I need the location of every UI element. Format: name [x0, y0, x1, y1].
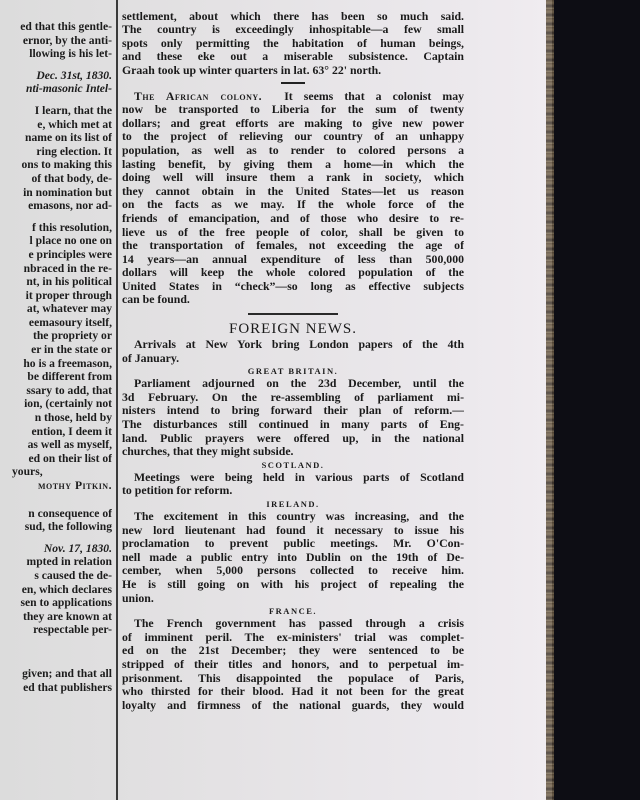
text-line: The country is exceedingly inhospitable—…	[122, 23, 464, 37]
text-line: United States in “check”—so long as effe…	[122, 280, 464, 294]
text-line: it proper through	[0, 289, 112, 303]
text-fragment: It seems that a colonist may	[284, 90, 464, 103]
newspaper-page: ed that this gentle- ernor, by the anti-…	[0, 0, 552, 800]
text-line: doing well will insure them a rank in so…	[122, 171, 464, 185]
text-line: yours,	[0, 465, 112, 479]
text-line: ion, (certainly not	[0, 397, 112, 411]
article-foreign-news: FOREIGN NEWS. Arrivals at New York bring…	[122, 321, 464, 712]
text-line: of January.	[122, 352, 464, 366]
text-line: The excitement in this country was incre…	[122, 510, 464, 524]
text-line: n those, held by	[0, 411, 112, 425]
spacer	[0, 534, 112, 542]
left-column: ed that this gentle- ernor, by the anti-…	[0, 20, 112, 694]
text-line: mpted in relation	[0, 555, 112, 569]
text-line: ed that this gentle-	[0, 20, 112, 34]
text-line: dollars will keep the whole colored popu…	[122, 266, 464, 280]
text-line: nbraced in the re-	[0, 262, 112, 276]
text-line: friends of emancipation, and of those wh…	[122, 212, 464, 226]
text-line: I learn, that the	[0, 104, 112, 118]
spacer	[0, 61, 112, 69]
text-line: to the project of relieving our country …	[122, 130, 464, 144]
dateline: Dec. 31st, 1830.	[0, 69, 112, 83]
text-line: emasons, nor ad-	[0, 199, 112, 213]
text-line: of that body, de-	[0, 172, 112, 186]
text-line: respectable per-	[0, 623, 112, 637]
subsection-heading-scotland: SCOTLAND.	[122, 459, 464, 471]
text-line: of imminent peril. The ex-ministers' tri…	[122, 631, 464, 645]
text-line: loyalty and firmness of the national gua…	[122, 699, 464, 713]
text-line: ons to making this	[0, 158, 112, 172]
text-line: ssary to add, that	[0, 384, 112, 398]
text-line: Parliament adjourned on the 23d December…	[122, 377, 464, 391]
text-line: ed on the 21st December; they were sente…	[122, 644, 464, 658]
text-line: nisters intend to bring forward their pl…	[122, 404, 464, 418]
text-line: ed on their list of	[0, 452, 112, 466]
subsection-heading-france: FRANCE.	[122, 605, 464, 617]
text-line: ho is a freemason,	[0, 357, 112, 371]
text-line: the transportation of females, not excee…	[122, 239, 464, 253]
text-line: e principles were	[0, 248, 112, 262]
text-line: and these eke out a miserable subsistenc…	[122, 50, 464, 64]
section-divider	[281, 82, 305, 84]
text-line: He is still going on with his project of…	[122, 578, 464, 592]
text-line: eemasoury itself,	[0, 316, 112, 330]
text-line: ring election. It	[0, 145, 112, 159]
spacer	[0, 213, 112, 221]
text-line: ernor, by the anti-	[0, 34, 112, 48]
text-line: l place no one on	[0, 234, 112, 248]
subsection-heading-ireland: IRELAND.	[122, 498, 464, 510]
text-line: Meetings were being held in various part…	[122, 471, 464, 485]
text-line: on the facts as we may. If the whole for…	[122, 198, 464, 212]
article-african-colony: The African colony. It seems that a colo…	[122, 90, 464, 308]
text-line: lasting benefit, by giving them a home—i…	[122, 158, 464, 172]
text-line: union.	[122, 592, 464, 606]
text-line: n consequence of	[0, 507, 112, 521]
text-line: 3d February. On the re-assembling of par…	[122, 391, 464, 405]
dateline: Nov. 17, 1830.	[0, 542, 112, 556]
text-line: e, which met at	[0, 118, 112, 132]
text-line: they are known at	[0, 610, 112, 624]
text-line: new lord lieutenant had found it necessa…	[122, 524, 464, 538]
text-line: land. Public prayers were offered up, in…	[122, 432, 464, 446]
spacer	[0, 637, 112, 667]
text-line: sud, the following	[0, 520, 112, 534]
text-line: churches, that they might subside.	[122, 445, 464, 459]
text-line: population, as well as to render to colo…	[122, 144, 464, 158]
text-line: can be found.	[122, 293, 464, 307]
text-line: llowing is his let-	[0, 47, 112, 61]
text-line: sen to applications	[0, 596, 112, 610]
text-line: nell made a public entry into Dublin on …	[122, 551, 464, 565]
text-line: nti-masonic Intel-	[0, 82, 112, 96]
text-line: The French government has passed through…	[122, 617, 464, 631]
text-line: now be transported to Liberia for the su…	[122, 103, 464, 117]
article-lead-line: The African colony. It seems that a colo…	[122, 90, 464, 104]
text-line: er in the state or	[0, 343, 112, 357]
text-line: prisonment. This disappointed the popula…	[122, 672, 464, 686]
text-line: en, which declares	[0, 583, 112, 597]
text-line: nt, in his political	[0, 275, 112, 289]
text-line: proclamation to prevent public meetings.…	[122, 537, 464, 551]
text-line: lieve us of the free people of color, sh…	[122, 226, 464, 240]
text-line: ention, I deem it	[0, 425, 112, 439]
text-line: at, whatever may	[0, 302, 112, 316]
text-line: stripped of their titles and honors, and…	[122, 658, 464, 672]
text-line: who thirsted for their blood. Had it not…	[122, 685, 464, 699]
section-divider	[248, 313, 338, 315]
text-line: they cannot obtain in the United States—…	[122, 185, 464, 199]
text-line: to petition for reform.	[122, 484, 464, 498]
text-line: 14 years—an annual expenditure of less t…	[122, 253, 464, 267]
text-line: ed that publishers	[0, 681, 112, 695]
text-line: the propriety or	[0, 329, 112, 343]
text-line: cember, when 5,000 persons collected to …	[122, 564, 464, 578]
text-line: as well as myself,	[0, 438, 112, 452]
article-fragment-greenland: settlement, about which there has been s…	[122, 0, 464, 78]
background-surface	[554, 0, 640, 800]
text-line: in nomination but	[0, 186, 112, 200]
text-line: be different from	[0, 370, 112, 384]
text-line: f this resolution,	[0, 221, 112, 235]
text-line: given; and that all	[0, 667, 112, 681]
column-rule	[116, 0, 118, 800]
text-line: Graah took up winter quarters in lat. 63…	[122, 64, 464, 78]
text-line: name on its list of	[0, 131, 112, 145]
text-line: settlement, about which there has been s…	[122, 10, 464, 24]
text-line: s caused the de-	[0, 569, 112, 583]
text-line	[122, 0, 464, 10]
main-column: settlement, about which there has been s…	[122, 0, 464, 712]
text-line: The disturbances still continued in many…	[122, 418, 464, 432]
text-line: dollars; and great efforts are making to…	[122, 117, 464, 131]
spacer	[0, 96, 112, 104]
spacer	[0, 493, 112, 507]
text-line: Arrivals at New York bring London papers…	[122, 338, 464, 352]
article-title: The African colony.	[134, 90, 262, 103]
signature: mothy Pitkin.	[0, 479, 112, 493]
text-line: spots only permitting the habitation of …	[122, 37, 464, 51]
section-heading: FOREIGN NEWS.	[122, 321, 464, 338]
subsection-heading-great-britain: GREAT BRITAIN.	[122, 365, 464, 377]
